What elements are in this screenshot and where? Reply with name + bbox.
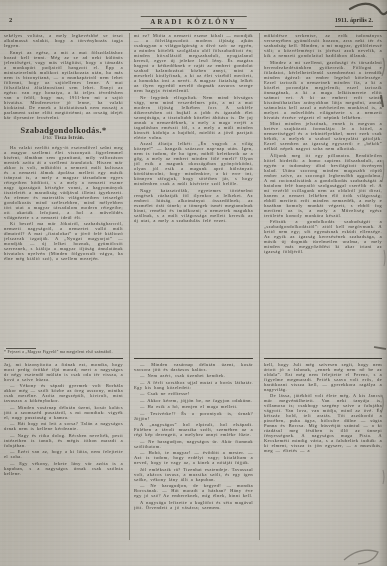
paragraph: — Nagy és ritka dolog. Bécsben nevelték,… xyxy=(4,433,123,448)
paragraph: mi ez? Mióta a nemzeti eszme kihalt — mo… xyxy=(134,33,253,93)
paragraph: sekélyes voltára, a mely legkevésbbé se … xyxy=(4,33,123,48)
paragraph: — Ezért van az, hogy a ki látta, nem fel… xyxy=(4,449,123,459)
paragraph: — Ne haragudjon, de kegyed! — mondta Bor… xyxy=(134,483,253,498)
column-top: sekélyes voltára, a mely legkevésbbé se … xyxy=(4,33,123,355)
paragraph: Jaj, mi bizonyította a fiúnak ezt, mondt… xyxy=(4,362,123,382)
paragraph: — Egy vékony, fekete lány vár azóta is a… xyxy=(4,461,123,476)
column-2: mi ez? Mióta a nemzeti eszme kihalt — mo… xyxy=(134,33,253,542)
paragraph: — Minden vasárnap délután üzent, kosár k… xyxy=(4,405,123,420)
paragraph: A „nagyságos” hol elpirult, hol elsápadt… xyxy=(134,422,253,437)
byline-author: Tisza István. xyxy=(54,136,84,141)
article-byline: Irta: Tisza István. xyxy=(4,136,123,141)
paragraph: — A férfi sorsához ujjal mutat a borús l… xyxy=(134,380,253,390)
column-bottom: kell, hogy Juli még szívesen segít, hogy… xyxy=(264,362,382,540)
paragraph: Ne legyünk elfogultak. Nem mind hívságos… xyxy=(134,95,253,140)
column-top: működésre serkentse, az erők tudományos … xyxy=(264,33,382,355)
paragraph: De lássa, játékból volt élete még. A kis… xyxy=(264,393,382,453)
paragraph: — Hát hogy mi lett a sorsa? Talán a nagy… xyxy=(4,421,123,431)
section-rule xyxy=(134,358,253,359)
paragraph: — Vékony és sápadt gyermek volt Borbála … xyxy=(4,383,123,403)
page-number: 2 xyxy=(9,17,12,24)
footnote: * Fejezet a „Magyar Figyelő” ma megjelen… xyxy=(4,347,123,355)
footnote-rule xyxy=(6,348,36,349)
paragraph: — Csak ne erőltesse! xyxy=(134,391,253,396)
column-divider xyxy=(259,33,260,540)
paragraph: — Ne haragudjon, nagyságos úr. Akár fiam… xyxy=(134,439,253,449)
paragraph: kell, hogy Juli még szívesen segít, hogy… xyxy=(264,362,382,392)
paragraph: Mindez a mi szellemi, gazdasági és társa… xyxy=(264,60,382,120)
page-content: sekélyes voltára, a mely legkevésbbé se … xyxy=(4,33,384,542)
paragraph: Álljunk meg itt egy pillanatra. Rendület… xyxy=(264,153,382,218)
issue-date: 1911. április 2. xyxy=(335,17,373,27)
paragraph: — Nem azért, csak üzenhet kendtek. xyxy=(134,373,253,378)
paragraph: Jól emlékszik rá? Tizenhat esztendeje. T… xyxy=(134,467,253,482)
column-bottom: — Minden vasárnap délután üzent, kosár v… xyxy=(134,362,253,540)
header-rule xyxy=(0,30,387,31)
masthead: ARADI KÖZLÖNY xyxy=(140,16,246,29)
column-1: sekélyes voltára, a mely legkevésbbé se … xyxy=(4,33,123,542)
paragraph: működésre serkentse, az erők tudományos … xyxy=(264,33,382,58)
column-3: működésre serkentse, az erők tudományos … xyxy=(264,33,382,542)
paragraph: — Akkor kérem, jöjjön be, ne fagyjon oda… xyxy=(134,398,253,403)
section-rule xyxy=(4,358,123,359)
paragraph: Nagy katasztrófák, egyetemes történelmi … xyxy=(134,188,253,223)
paragraph: — Testvérke!? És a porontyok is, úrnak? … xyxy=(134,411,253,421)
corner-ink-hook xyxy=(350,4,387,14)
edge-mark xyxy=(384,250,385,266)
bottom-curl-mark xyxy=(344,550,378,564)
paragraph: — Hohó, te magyar! — évődött a mester. —… xyxy=(134,450,253,465)
section-rule xyxy=(264,358,382,359)
footnote-text: * Fejezet a „Magyar Figyelő” ma megjelen… xyxy=(4,350,123,355)
paragraph: Mint minden jelszónak, ennek is megvan a… xyxy=(264,121,382,151)
page-header: 2 ARADI KÖZLÖNY 1911. április 2. xyxy=(0,14,387,29)
column-top: mi ez? Mióta a nemzeti eszme kihalt — mo… xyxy=(134,33,253,355)
paragraph: Féltsük a gondolkodás szabadságát a „sza… xyxy=(264,219,382,254)
paragraph: Ha valaki ezelőtt négy-öt esztendővel sz… xyxy=(4,145,123,220)
paragraph: Ki beszél ma már Jókairól, szabadságharc… xyxy=(4,221,123,261)
column-divider xyxy=(129,33,130,540)
column-bottom: Jaj, mi bizonyította a fiúnak ezt, mondt… xyxy=(4,362,123,540)
paragraph: Azzal áltatja lelkét: „Én vagyok a világ… xyxy=(134,141,253,186)
article-heading: Szabadgondolkodás.* xyxy=(4,125,123,135)
byline-prefix: Irta: xyxy=(43,136,55,141)
paragraph: A nagysága lefizette a kuglófot és séta … xyxy=(134,500,253,510)
paragraph: — Ha esik a hó, menjen el maga mellett. xyxy=(134,404,253,409)
newspaper-page: 2 ARADI KÖZLÖNY 1911. április 2. sekélye… xyxy=(0,0,387,566)
paragraph: Ennyi az egész, a mit a mai fölszólalásh… xyxy=(4,50,123,120)
paragraph: — Minden vasárnap délután üzent, kosár v… xyxy=(134,362,253,372)
